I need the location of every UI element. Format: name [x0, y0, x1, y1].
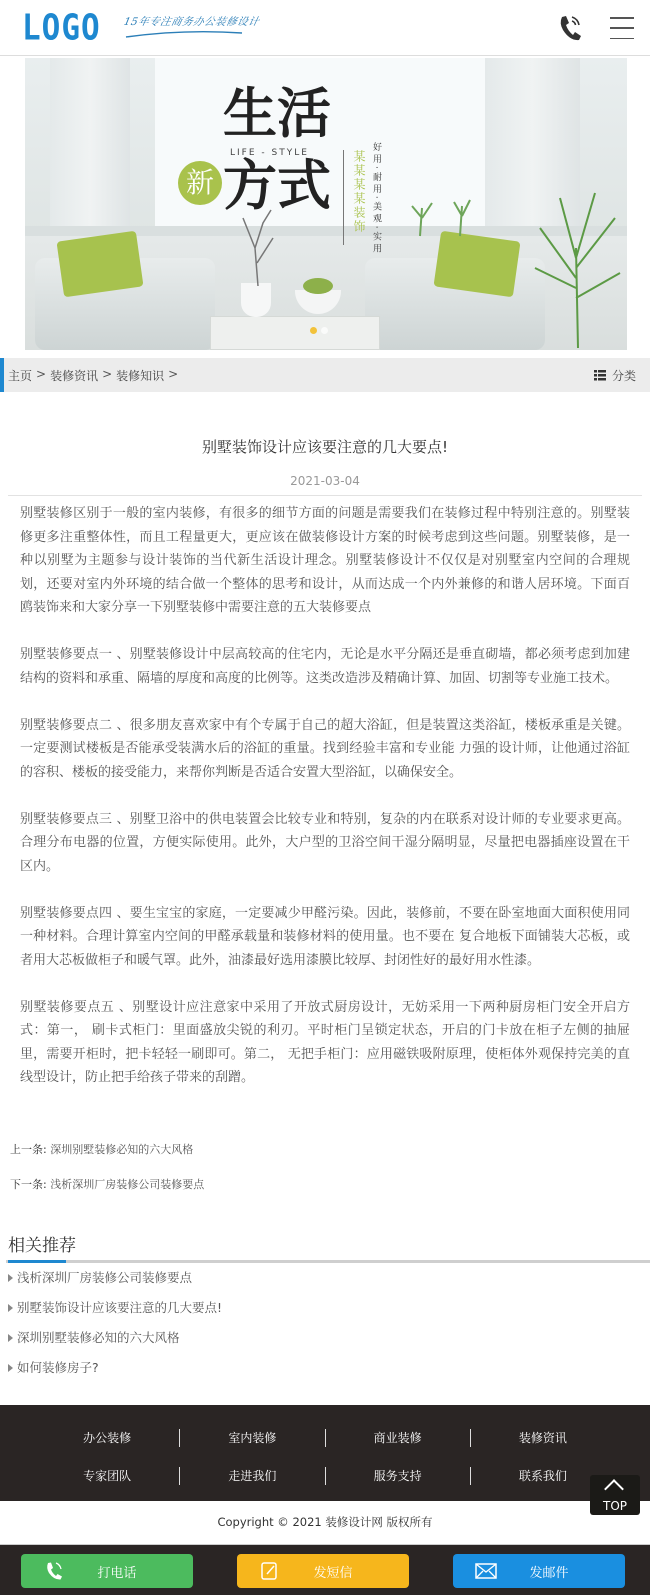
footer-link-service[interactable]: 服务支持 [326, 1467, 470, 1485]
call-button-label: 打电话 [21, 1562, 193, 1581]
email-button-label: 发邮件 [453, 1562, 625, 1581]
sms-button-label: 发短信 [237, 1562, 409, 1581]
article-paragraph: 别墅装修要点四 、要生宝宝的家庭，一定要减少甲醛污染。因此，装修前，不要在卧室地… [20, 902, 630, 973]
tagline-swoosh-decoration [124, 30, 244, 38]
next-article: 下一条: 浅析深圳厂房装修公司装修要点 [10, 1176, 204, 1192]
banner-pagination [310, 327, 328, 334]
hamburger-menu-icon-line [610, 17, 634, 19]
list-icon [594, 370, 606, 381]
related-item: 别墅装饰设计应该要注意的几大要点! [8, 1293, 222, 1323]
call-button[interactable]: 打电话 [21, 1554, 193, 1588]
banner-divider [343, 150, 344, 245]
banner-dot-active[interactable] [310, 327, 317, 334]
footer-nav-row: 办公装修 室内装修 商业装修 装修资讯 [35, 1429, 615, 1447]
triangle-right-icon [8, 1274, 13, 1282]
footer-link-news[interactable]: 装修资讯 [471, 1429, 615, 1447]
banner-small-plants [410, 198, 480, 238]
banner-headline-line1: 生活 [223, 86, 331, 140]
logo[interactable]: LOGO [22, 12, 101, 44]
article-body: 别墅装修区别于一般的室内装修，有很多的细节方面的问题是需要我们在装修过程中特别注… [20, 502, 630, 1113]
breadcrumb-bar: 主页 > 装修资讯 > 装修知识 > 分类 [0, 358, 650, 392]
copyright: Copyright © 2021 装修设计网 版权所有 [0, 1514, 650, 1530]
banner-coffee-table [210, 316, 380, 350]
triangle-right-icon [8, 1364, 13, 1372]
article-title: 别墅装饰设计应该要注意的几大要点! [0, 436, 650, 457]
footer-link-office[interactable]: 办公装修 [35, 1429, 179, 1447]
footer-nav-row: 专家团队 走进我们 服务支持 联系我们 [35, 1467, 615, 1485]
site-header: LOGO 15年专注商务办公装修设计 [0, 0, 650, 56]
sms-button[interactable]: 发短信 [237, 1554, 409, 1588]
banner-fruit [303, 278, 333, 294]
related-item: 浅析深圳厂房装修公司装修要点 [8, 1263, 222, 1293]
hero-banner[interactable]: 生活 LIFE - STYLE 新 方式 某某某某装饰 好用·耐用·美观·实用 [25, 58, 627, 350]
tagline: 15年专注商务办公装修设计 [122, 14, 261, 29]
breadcrumb-separator: > [102, 367, 112, 384]
breadcrumb-news[interactable]: 装修资讯 [50, 367, 98, 384]
related-item: 如何装修房子? [8, 1353, 222, 1383]
banner-headline-line2: 方式 [223, 158, 331, 212]
banner-plant-decoration [530, 188, 625, 348]
next-article-link[interactable]: 浅析深圳厂房装修公司装修要点 [50, 1178, 204, 1191]
banner-vase [241, 283, 271, 317]
email-button[interactable]: 发邮件 [453, 1554, 625, 1588]
triangle-right-icon [8, 1334, 13, 1342]
phone-icon [556, 13, 584, 43]
hamburger-menu-icon-line [610, 27, 634, 29]
category-button[interactable]: 分类 [594, 358, 636, 392]
footer-link-commercial[interactable]: 商业装修 [326, 1429, 470, 1447]
banner-slogan-vertical: 好用·耐用·美观·实用 [370, 142, 383, 256]
article-paragraph: 别墅装修要点二 、很多朋友喜欢家中有个专属于自己的超大浴缸，但是装置这类浴缸，楼… [20, 714, 630, 785]
article-paragraph: 别墅装修区别于一般的室内装修，有很多的细节方面的问题是需要我们在装修过程中特别注… [20, 502, 630, 620]
banner-brand-vertical: 某某某某装饰 [351, 150, 368, 234]
footer-link-interior[interactable]: 室内装修 [180, 1429, 324, 1447]
article-date: 2021-03-04 [0, 474, 650, 488]
footer-link-team[interactable]: 专家团队 [35, 1467, 179, 1485]
prev-label: 上一条: [10, 1143, 47, 1156]
footer-nav: 办公装修 室内装修 商业装修 装修资讯 专家团队 走进我们 服务支持 联系我们 [0, 1405, 650, 1501]
breadcrumb-separator: > [36, 367, 46, 384]
article-divider [8, 495, 642, 496]
back-to-top-label: TOP [590, 1500, 640, 1512]
article-paragraph: 别墅装修要点三 、别墅卫浴中的供电装置会比较专业和特别，复杂的内在联系对设计师的… [20, 808, 630, 879]
bottom-action-bar: 打电话 发短信 发邮件 [0, 1544, 650, 1595]
breadcrumb-knowledge[interactable]: 装修知识 [116, 367, 164, 384]
related-item-link[interactable]: 别墅装饰设计应该要注意的几大要点! [17, 1293, 222, 1323]
related-item-link[interactable]: 如何装修房子? [17, 1353, 99, 1383]
related-title: 相关推荐 [8, 1231, 76, 1256]
banner-branches-decoration [233, 208, 283, 288]
chevron-up-icon [604, 1479, 624, 1499]
banner-pillow [433, 231, 520, 298]
hamburger-menu-button[interactable] [610, 17, 634, 39]
article-paragraph: 别墅装修要点一 、别墅装修设计中层高较高的住宅内，无论是水平分隔还是垂直砌墙，都… [20, 643, 630, 690]
breadcrumb-separator: > [168, 367, 178, 384]
banner-dot[interactable] [321, 327, 328, 334]
related-item-link[interactable]: 深圳别墅装修必知的六大风格 [17, 1323, 180, 1353]
prev-article-link[interactable]: 深圳别墅装修必知的六大风格 [50, 1143, 193, 1156]
breadcrumb-home[interactable]: 主页 [8, 367, 32, 384]
breadcrumb: 主页 > 装修资讯 > 装修知识 > [4, 367, 178, 384]
category-label: 分类 [612, 367, 636, 384]
triangle-right-icon [8, 1304, 13, 1312]
phone-button[interactable] [556, 13, 584, 43]
footer-link-about[interactable]: 走进我们 [180, 1467, 324, 1485]
prev-article: 上一条: 深圳别墅装修必知的六大风格 [10, 1141, 193, 1157]
hamburger-menu-icon-line [610, 38, 634, 40]
article-paragraph: 别墅装修要点五 、别墅设计应注意家中采用了开放式厨房设计，无妨采用一下两种厨房柜… [20, 996, 630, 1090]
related-item-link[interactable]: 浅析深圳厂房装修公司装修要点 [17, 1263, 192, 1293]
banner-pillow [56, 231, 143, 298]
banner-new-badge: 新 [178, 161, 222, 205]
related-item: 深圳别墅装修必知的六大风格 [8, 1323, 222, 1353]
next-label: 下一条: [10, 1178, 47, 1191]
back-to-top-button[interactable]: TOP [590, 1475, 640, 1515]
logo-text: LOGO [22, 10, 101, 47]
related-list: 浅析深圳厂房装修公司装修要点 别墅装饰设计应该要注意的几大要点! 深圳别墅装修必… [8, 1263, 222, 1383]
